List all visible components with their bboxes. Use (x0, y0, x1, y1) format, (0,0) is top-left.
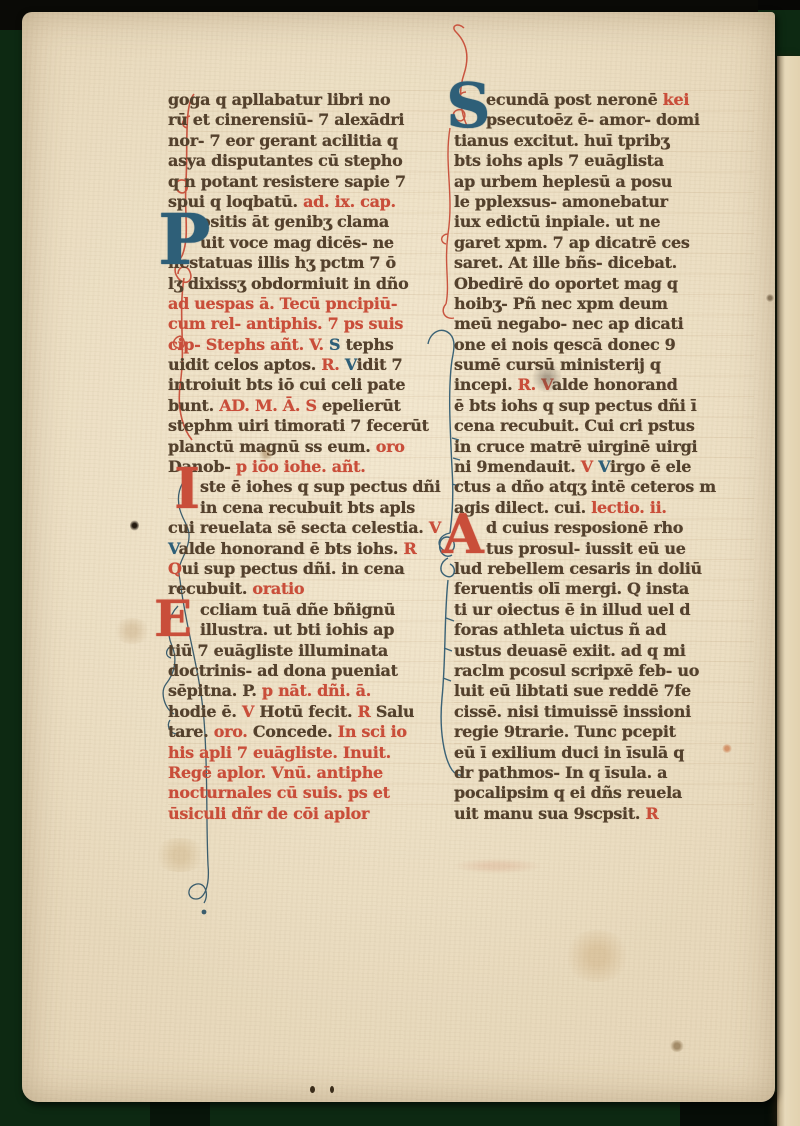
text-line: feruentis olī mergi. Q insta (454, 579, 754, 599)
text-line: lud rebellem cesaris in doliū (454, 559, 754, 579)
illuminated-initial-p: P (158, 208, 211, 271)
text-segment-red: V (242, 702, 259, 721)
text-line: hodie ē. V Hotū fecit. R Salu (168, 702, 462, 722)
ink-spot (766, 294, 774, 302)
text-segment-ink: in cruce matrē uirginē uirgi (454, 437, 697, 456)
text-segment-ink: cena recubuit. Cui cri pstus (454, 416, 695, 435)
text-segment-red: lectio. ii. (591, 498, 666, 517)
text-line: raclm pcosul scripxē feb- uo (454, 661, 754, 681)
text-segment-ink: planctū magnū ss eum. (168, 437, 376, 456)
text-segment-ink: Concede. (253, 722, 338, 741)
text-segment-red: oro (376, 437, 405, 456)
text-line: hoibʒ- Pñ nec xpm deum (454, 294, 754, 314)
text-segment-ink: ē bts iohs q sup pectus dñi ī (454, 396, 697, 415)
text-line: ccliam tuā dñe bñignū (168, 600, 462, 620)
text-segment-red: p iōo iohe. añt. (236, 457, 366, 476)
text-segment-ink: iux edictū inpiale. ut ne (454, 212, 660, 231)
text-segment-ink: saret. At ille bñs- dicebat. (454, 253, 677, 272)
text-segment-red: ūsiculi dñr de cōi aplor (168, 804, 369, 823)
text-segment-red: kei (663, 90, 689, 109)
text-segment-ink: hodie ē. (168, 702, 242, 721)
text-line: recubuit. oratio (168, 579, 462, 599)
text-line: nor- 7 eor gerant acilitia q (168, 131, 462, 151)
text-segment-ink: incepi. (454, 375, 518, 394)
text-segment-ink: uidit celos aptos. (168, 355, 321, 374)
text-segment-ink: uit manu sua 9scpsit. (454, 804, 645, 823)
text-segment-blue: S (329, 335, 340, 354)
text-line: ni 9mendauit. V Virgo ē ele (454, 457, 754, 477)
text-line: Qui sup pectus dñi. in cena (168, 559, 462, 579)
text-line: doctrinis- ad dona pueniat (168, 661, 462, 681)
text-segment-ink: one ei nois qescā donec 9 (454, 335, 676, 354)
text-segment-blue: V (598, 457, 610, 476)
text-line: ste ē iohes q sup pectus dñi (168, 477, 462, 497)
text-segment-ink: Hotū fecit. (259, 702, 357, 721)
text-segment-red: V (581, 457, 598, 476)
text-segment-ink: uit voce mag dicēs- ne (200, 233, 394, 252)
text-segment-red: In sci io (338, 722, 407, 741)
illuminated-initial-a: A (442, 510, 484, 559)
text-segment-ink: doctrinis- ad dona pueniat (168, 661, 398, 680)
text-segment-ink: tus prosul- iussit eū ue (486, 539, 686, 558)
text-segment-ink: tare. (168, 722, 214, 741)
text-segment-red: nocturnales cū suis. ps et (168, 783, 390, 802)
backdrop-bottom-patch (150, 1098, 210, 1126)
text-line: in cruce matrē uirginē uirgi (454, 437, 754, 457)
text-segment-ink: ste ē iohes q sup pectus dñi (200, 477, 440, 496)
text-line: introiuit bts iō cui celi pate (168, 375, 462, 395)
text-segment-blue: V (345, 355, 357, 374)
text-line: planctū magnū ss eum. oro (168, 437, 462, 457)
text-line: ustus deuasē exiit. ad q mi (454, 641, 754, 661)
text-line: Regē aplor. Vnū. antiphe (168, 763, 462, 783)
text-line: in cena recubuit bts apls (168, 498, 462, 518)
text-line: goga q apllabatur libri no (168, 90, 462, 110)
text-line: sēpitna. P. p nāt. dñi. ā. (168, 681, 462, 701)
text-segment-ink: tiū 7 euāgliste illuminata (168, 641, 388, 660)
text-segment-ink: rū et cinerensiū- 7 alexādri (168, 110, 404, 129)
text-segment-ink: bts iohs apls 7 euāglista (454, 151, 664, 170)
text-line: ē bts iohs q sup pectus dñi ī (454, 396, 754, 416)
text-segment-ink: in cena recubuit bts apls (200, 498, 415, 517)
text-segment-ink: meū negabo- nec ap dicati (454, 314, 683, 333)
text-segment-ink: tephs (340, 335, 393, 354)
text-line: uit voce mag dicēs- ne (168, 233, 462, 253)
text-segment-red: Regē aplor. Vnū. antiphe (168, 763, 383, 782)
text-line: nocturnales cū suis. ps et (168, 783, 462, 803)
text-segment-ink: feruentis olī mergi. Q insta (454, 579, 689, 598)
text-segment-ink: d cuius resposionē rho (486, 518, 683, 537)
ink-speck (330, 1086, 334, 1093)
text-line: ad uespas ā. Tecū pncipiū- (168, 294, 462, 314)
text-line: q n potant resistere sapie 7 (168, 172, 462, 192)
text-line: luit eū libtati sue reddē 7fe (454, 681, 754, 701)
text-line: cena recubuit. Cui cri pstus (454, 416, 754, 436)
text-segment-ink: eū ī exilium duci in īsulā q (454, 743, 684, 762)
text-segment-red: cum rel- antiphis. 7 ps suis (168, 314, 403, 333)
text-line: uidit celos aptos. R. Vidit 7 (168, 355, 462, 375)
text-segment-ink: ositis āt genibʒ clama (200, 212, 389, 231)
text-segment-red: R (358, 702, 376, 721)
text-segment-ink: ti ur oiectus ē in illud uel d (454, 600, 690, 619)
text-segment-ink: bunt. (168, 396, 219, 415)
text-segment-ink: garet xpm. 7 ap dicatrē ces (454, 233, 690, 252)
text-line: tiū 7 euāgliste illuminata (168, 641, 462, 661)
text-line: stephm uiri timorati 7 fecerūt (168, 416, 462, 436)
text-segment-ink: asya disputantes cū stepho (168, 151, 402, 170)
text-line: uit manu sua 9scpsit. R (454, 804, 754, 824)
text-segment-red: ad uespas ā. Tecū pncipiū- (168, 294, 397, 313)
text-segment-red: Q (168, 559, 182, 578)
text-segment-ink: lud rebellem cesaris in doliū (454, 559, 702, 578)
text-segment-ink: stephm uiri timorati 7 fecerūt (168, 416, 429, 435)
text-line: cum rel- antiphis. 7 ps suis (168, 314, 462, 334)
text-line: garet xpm. 7 ap dicatrē ces (454, 233, 754, 253)
text-line: cui reuelata sē secta celestia. V (168, 518, 462, 538)
text-column-right: ecundā post neronē keipsecutoēz ē- amor-… (454, 90, 754, 824)
text-line: illustra. ut bti iohis ap (168, 620, 462, 640)
text-segment-ink: goga q apllabatur libri no (168, 90, 390, 109)
text-segment-ink: introiuit bts iō cui celi pate (168, 375, 405, 394)
text-segment-ink: regie 9trarie. Tunc pcepit (454, 722, 676, 741)
text-segment-ink: nor- 7 eor gerant acilitia q (168, 131, 398, 150)
text-line: meū negabo- nec ap dicati (454, 314, 754, 334)
text-segment-ink: irgo ē ele (610, 457, 691, 476)
text-line: agis dilect. cui. lectio. ii. (454, 498, 754, 518)
text-line: Valde honorand ē bts iohs. R (168, 539, 462, 559)
text-line: foras athleta uictus ñ ad (454, 620, 754, 640)
text-segment-ink: pocalipsim q ei dñs reuela (454, 783, 682, 802)
text-line: asya disputantes cū stepho (168, 151, 462, 171)
text-segment-ink: sumē cursū ministerij q (454, 355, 661, 374)
text-segment-red: R. V (518, 375, 552, 394)
text-segment-red: oro. (214, 722, 253, 741)
text-segment-red: his apli 7 euāgliste. Inuit. (168, 743, 391, 762)
text-line: d cuius resposionē rho (454, 518, 754, 538)
text-line: ap urbem heplesū a posu (454, 172, 754, 192)
text-segment-red: ad. ix. cap. (303, 192, 396, 211)
text-segment-ink: hoibʒ- Pñ nec xpm deum (454, 294, 668, 313)
text-line: iux edictū inpiale. ut ne (454, 212, 754, 232)
parchment-stain (112, 618, 152, 644)
text-line: regie 9trarie. Tunc pcepit (454, 722, 754, 742)
text-line: his apli 7 euāgliste. Inuit. (168, 743, 462, 763)
text-segment-ink: Salu (376, 702, 414, 721)
text-segment-red: R. (321, 355, 345, 374)
text-line: eū ī exilium duci in īsulā q (454, 743, 754, 763)
text-line: spui q loqbatū. ad. ix. cap. (168, 192, 462, 212)
text-line: bts iohs apls 7 euāglista (454, 151, 754, 171)
text-segment-ink: psecutoēz ē- amor- domi (486, 110, 700, 129)
text-segment-ink: luit eū libtati sue reddē 7fe (454, 681, 691, 700)
faded-red-offset-stain (452, 858, 542, 874)
text-line: incepi. R. Valde honorand (454, 375, 754, 395)
text-line: bunt. AD. M. Ā. S epelierūt (168, 396, 462, 416)
text-segment-red: AD. M. Ā. S (219, 396, 317, 415)
text-segment-red: p nāt. dñi. ā. (262, 681, 371, 700)
text-segment-ink: ccliam tuā dñe bñignū (200, 600, 395, 619)
text-segment-ink: ctus a dño atqʒ intē ceteros m (454, 477, 716, 496)
text-segment-ink: ustus deuasē exiit. ad q mi (454, 641, 686, 660)
text-line: one ei nois qescā donec 9 (454, 335, 754, 355)
text-line: dr pathmos- In q īsula. a (454, 763, 754, 783)
text-line: ūsiculi dñr de cōi aplor (168, 804, 462, 824)
text-line: ositis āt genibʒ clama (168, 212, 462, 232)
text-line: sumē cursū ministerij q (454, 355, 754, 375)
text-line: ti ur oiectus ē in illud uel d (454, 600, 754, 620)
text-line: saret. At ille bñs- dicebat. (454, 253, 754, 273)
text-segment-ink: q n potant resistere sapie 7 (168, 172, 406, 191)
text-line: tianus excitut. huī tpribʒ (454, 131, 754, 151)
text-segment-ink: ui sup pectus dñi. in cena (182, 559, 405, 578)
text-line: tare. oro. Concede. In sci io (168, 722, 462, 742)
text-segment-ink: raclm pcosul scripxē feb- uo (454, 661, 699, 680)
text-segment-ink: ni 9mendauit. (454, 457, 581, 476)
text-segment-ink: idit 7 (357, 355, 403, 374)
text-segment-ink: epelierūt (317, 396, 401, 415)
illuminated-initial-e: E (154, 596, 192, 641)
parchment-stain (152, 838, 208, 872)
text-segment-red: R (645, 804, 658, 823)
text-line: psecutoēz ē- amor- domi (454, 110, 754, 130)
text-line: cip- Stephs añt. V. S tephs (168, 335, 462, 355)
text-segment-red: R (403, 539, 416, 558)
text-segment-ink: dr pathmos- In q īsula. a (454, 763, 667, 782)
text-line: Danob- p iōo iohe. añt. (168, 457, 462, 477)
text-line: nestatuas illis hʒ pctm 7 ō (168, 253, 462, 273)
text-segment-ink: ecundā post neronē (486, 90, 663, 109)
text-line: rū et cinerensiū- 7 alexādri (168, 110, 462, 130)
illuminated-initial-i: I (174, 464, 200, 514)
text-line: ctus a dño atqʒ intē ceteros m (454, 477, 754, 497)
text-segment-blue: V (168, 539, 179, 558)
text-segment-ink: Obedirē do oportet mag q (454, 274, 678, 293)
text-segment-ink: ap urbem heplesū a posu (454, 172, 672, 191)
text-line: tus prosul- iussit eū ue (454, 539, 754, 559)
text-line: ecundā post neronē kei (454, 90, 754, 110)
text-segment-ink: alde honorand ē bts iohs. (179, 539, 404, 558)
brown-speck (670, 1040, 684, 1052)
text-segment-ink: le pplexsus- amonebatur (454, 192, 668, 211)
text-segment-red: oratio (252, 579, 304, 598)
manuscript-page: goga q apllabatur libri norū et cinerens… (22, 12, 775, 1102)
text-line: le pplexsus- amonebatur (454, 192, 754, 212)
ink-speck (310, 1086, 315, 1093)
text-segment-ink: cissē. nisi timuissē inssioni (454, 702, 691, 721)
text-segment-ink: foras athleta uictus ñ ad (454, 620, 666, 639)
text-line: Obedirē do oportet mag q (454, 274, 754, 294)
text-segment-ink: sēpitna. P. (168, 681, 262, 700)
parchment-stain (562, 930, 632, 982)
text-segment-ink: illustra. ut bti iohis ap (200, 620, 394, 639)
text-segment-ink: cui reuelata sē secta celestia. (168, 518, 429, 537)
illuminated-initial-s: S (446, 78, 491, 134)
text-segment-red: cip- Stephs añt. V. (168, 335, 329, 354)
text-line: pocalipsim q ei dñs reuela (454, 783, 754, 803)
next-leaf-fore-edge (777, 56, 800, 1126)
text-segment-ink: alde honorand (552, 375, 678, 394)
text-line: lʒ dixissʒ obdormiuit in dño (168, 274, 462, 294)
text-segment-red: V (429, 518, 441, 537)
text-line: cissē. nisi timuissē inssioni (454, 702, 754, 722)
ink-spot (130, 520, 139, 531)
text-column-left: goga q apllabatur libri norū et cinerens… (168, 90, 462, 824)
